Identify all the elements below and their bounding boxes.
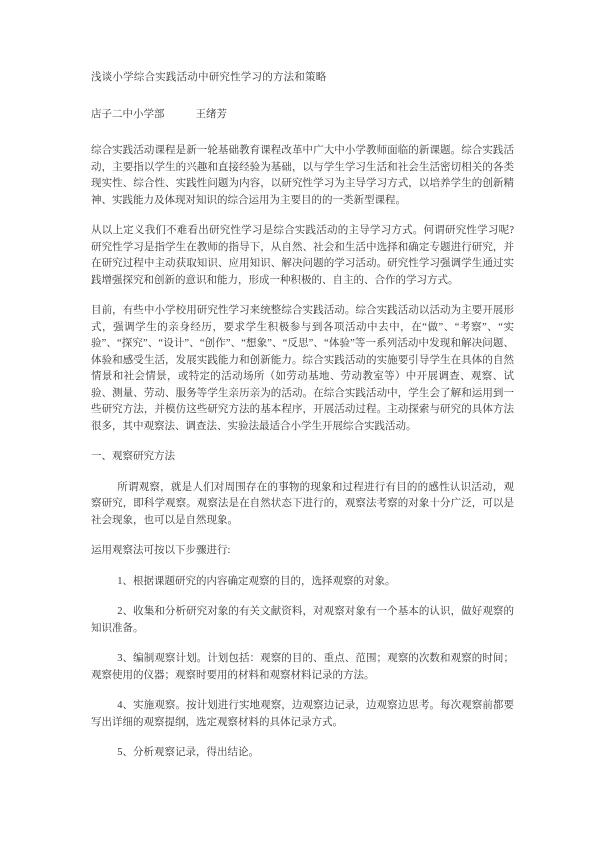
- byline-author: 王绪芳: [196, 109, 228, 120]
- observation-steps-intro: 运用观察法可按以下步骤进行:: [91, 543, 514, 560]
- step-item-4: 4、实施观察。按计划进行实地观察，边观察边记录，边观察边思考。每次观察前都要写出…: [91, 698, 514, 731]
- byline: 店子二中小学部王绪芳: [91, 107, 514, 124]
- intro-paragraph-2: 从以上定义我们不难看出研究性学习是综合实践活动的主导学习方式。何谓研究性学习呢?…: [91, 223, 514, 289]
- step-item-5: 5、分析观察记录，得出结论。: [91, 745, 514, 762]
- step-item-3: 3、编制观察计划。计划包括：观察的目的、重点、范围；观察的次数和观察的时间；观察…: [91, 651, 514, 684]
- step-item-2: 2、收集和分析研究对象的有关文献资料，对观察对象有一个基本的认识，做好观察的知识…: [91, 604, 514, 637]
- step-item-1: 1、根据课题研究的内容确定观察的目的，选择观察的对象。: [91, 574, 514, 591]
- section-heading-observation-method: 一、观察研究方法: [91, 449, 514, 466]
- page-title: 浅谈小学综合实践活动中研究性学习的方法和策略: [91, 70, 514, 87]
- observation-definition-paragraph: 所谓观察，就是人们对周围存在的事物的现象和过程进行有目的的感性认识活动，观察研究…: [91, 480, 514, 530]
- document-page: 浅谈小学综合实践活动中研究性学习的方法和策略 店子二中小学部王绪芳 综合实践活动…: [0, 0, 600, 850]
- intro-paragraph-3: 目前，有些中小学校用研究性学习来统整综合实践活动。综合实践活动以活动为主要开展形…: [91, 303, 514, 435]
- intro-paragraph-1: 综合实践活动课程是新一轮基础教育课程改革中广大中小学教师面临的新课题。综合实践活…: [91, 143, 514, 209]
- byline-department: 店子二中小学部: [91, 109, 165, 120]
